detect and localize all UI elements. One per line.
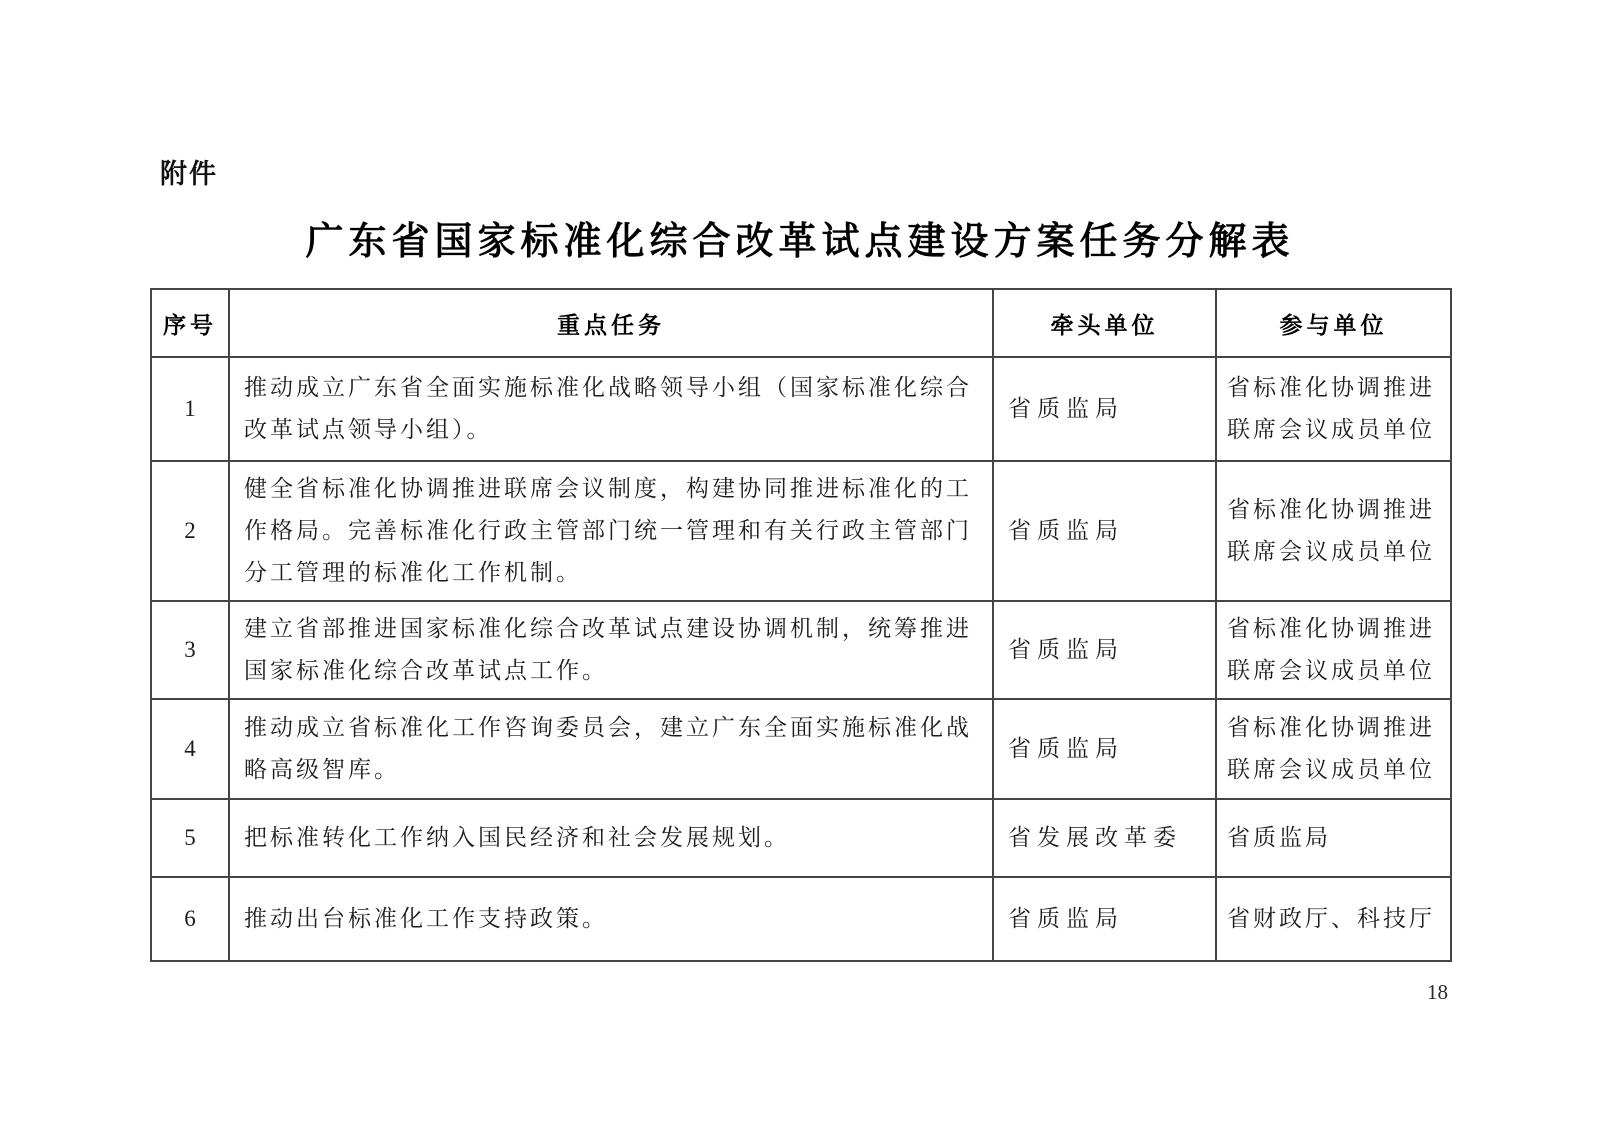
row-number-cell: 3 (151, 601, 229, 699)
participating-unit-cell: 省标准化协调推进联席会议成员单位 (1216, 601, 1451, 699)
row-number-cell: 1 (151, 357, 229, 461)
participating-unit-cell: 省财政厅、科技厅 (1216, 877, 1451, 961)
participating-unit-cell: 省标准化协调推进联席会议成员单位 (1216, 357, 1451, 461)
lead-unit-cell: 省质监局 (993, 699, 1216, 799)
participating-unit-cell: 省标准化协调推进联席会议成员单位 (1216, 461, 1451, 601)
row-number-cell: 5 (151, 799, 229, 877)
header-cell-task: 重点任务 (229, 289, 993, 357)
header-cell-lead-unit: 牵头单位 (993, 289, 1216, 357)
lead-unit-cell: 省质监局 (993, 461, 1216, 601)
task-text-cell: 健全省标准化协调推进联席会议制度，构建协同推进标准化的工作格局。完善标准化行政主… (229, 461, 993, 601)
lead-unit-cell: 省发展改革委 (993, 799, 1216, 877)
participating-unit-cell: 省质监局 (1216, 799, 1451, 877)
table-header: 序号 重点任务 牵头单位 参与单位 (151, 289, 1451, 357)
task-text-cell: 把标准转化工作纳入国民经济和社会发展规划。 (229, 799, 993, 877)
task-table-body: 1推动成立广东省全面实施标准化战略领导小组（国家标准化综合改革试点领导小组）。省… (151, 357, 1451, 961)
task-text-cell: 推动成立广东省全面实施标准化战略领导小组（国家标准化综合改革试点领导小组）。 (229, 357, 993, 461)
table-row: 3建立省部推进国家标准化综合改革试点建设协调机制，统筹推进国家标准化综合改革试点… (151, 601, 1451, 699)
task-text-cell: 建立省部推进国家标准化综合改革试点建设协调机制，统筹推进国家标准化综合改革试点工… (229, 601, 993, 699)
table-row: 2健全省标准化协调推进联席会议制度，构建协同推进标准化的工作格局。完善标准化行政… (151, 461, 1451, 601)
row-number-cell: 2 (151, 461, 229, 601)
header-cell-no: 序号 (151, 289, 229, 357)
lead-unit-cell: 省质监局 (993, 601, 1216, 699)
table-header-row: 序号 重点任务 牵头单位 参与单位 (151, 289, 1451, 357)
attachment-label: 附件 (160, 152, 218, 191)
task-table: 序号 重点任务 牵头单位 参与单位 1推动成立广东省全面实施标准化战略领导小组（… (150, 288, 1452, 962)
page-number: 18 (1427, 980, 1448, 1005)
document-page: 附件 广东省国家标准化综合改革试点建设方案任务分解表 序号 重点任务 牵头单位 … (0, 0, 1600, 1131)
document-title: 广东省国家标准化综合改革试点建设方案任务分解表 (150, 210, 1450, 265)
table-row: 6推动出台标准化工作支持政策。省质监局省财政厅、科技厅 (151, 877, 1451, 961)
lead-unit-cell: 省质监局 (993, 877, 1216, 961)
participating-unit-cell: 省标准化协调推进联席会议成员单位 (1216, 699, 1451, 799)
lead-unit-cell: 省质监局 (993, 357, 1216, 461)
task-text-cell: 推动成立省标准化工作咨询委员会，建立广东全面实施标准化战略高级智库。 (229, 699, 993, 799)
row-number-cell: 6 (151, 877, 229, 961)
table-row: 1推动成立广东省全面实施标准化战略领导小组（国家标准化综合改革试点领导小组）。省… (151, 357, 1451, 461)
task-text-cell: 推动出台标准化工作支持政策。 (229, 877, 993, 961)
header-cell-participating-unit: 参与单位 (1216, 289, 1451, 357)
table-row: 4推动成立省标准化工作咨询委员会，建立广东全面实施标准化战略高级智库。省质监局省… (151, 699, 1451, 799)
row-number-cell: 4 (151, 699, 229, 799)
table-row: 5把标准转化工作纳入国民经济和社会发展规划。省发展改革委省质监局 (151, 799, 1451, 877)
